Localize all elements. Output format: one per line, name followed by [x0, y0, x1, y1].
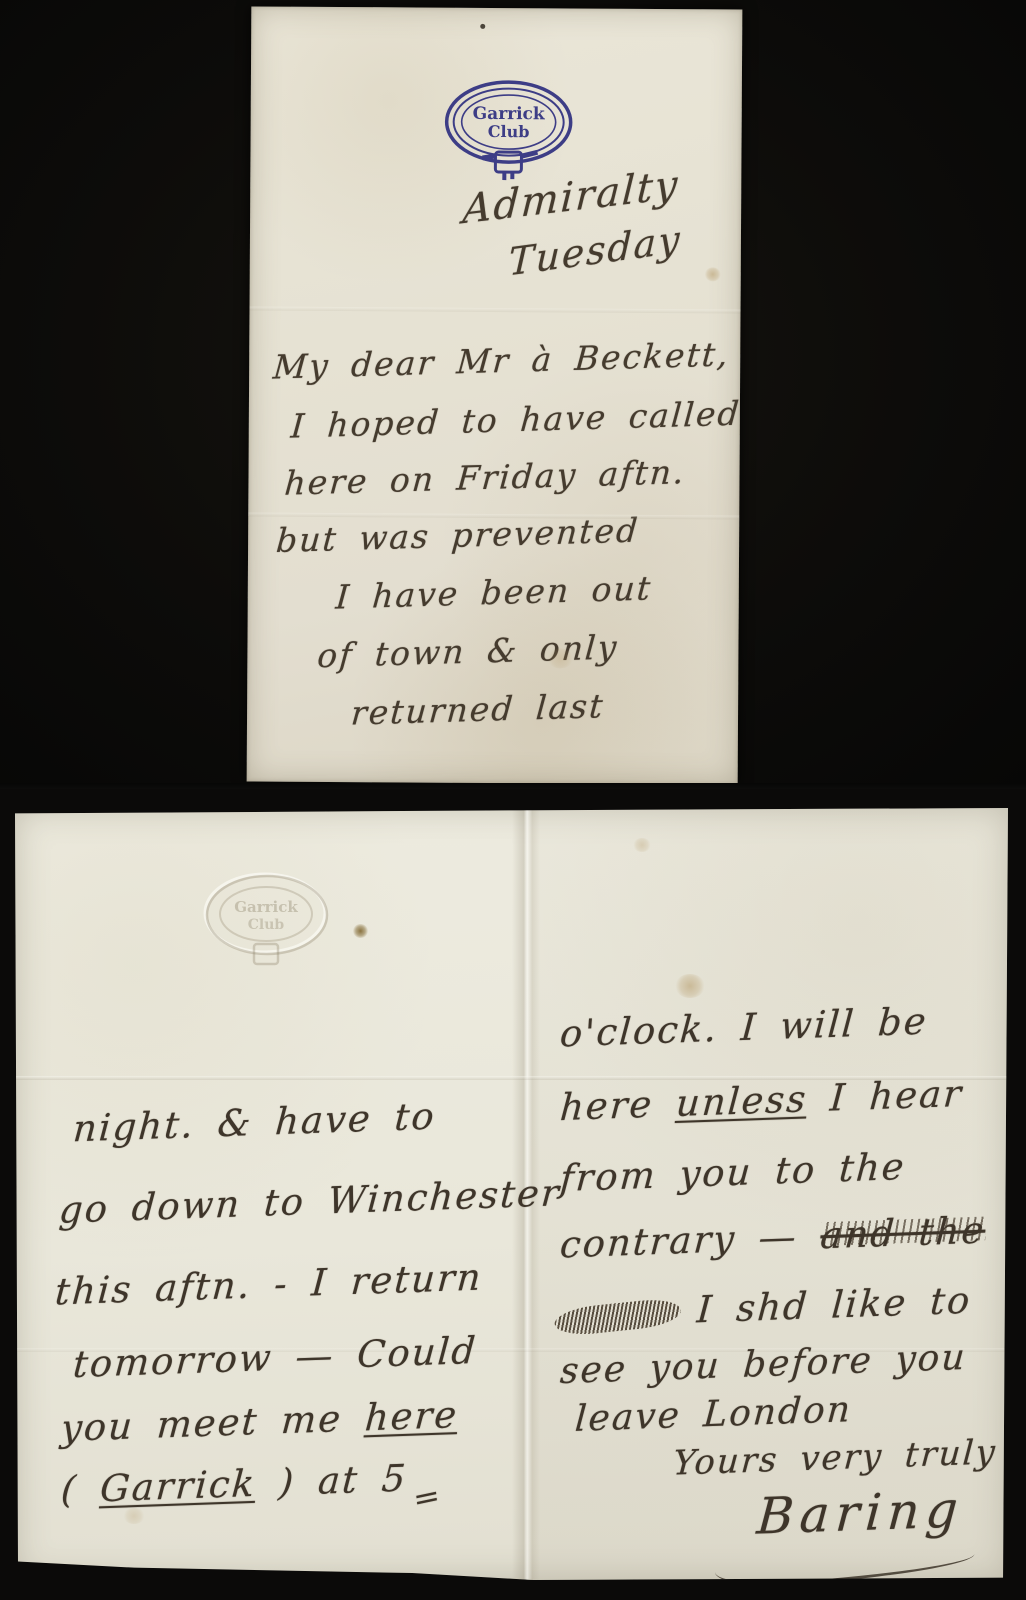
letter-line: ( Garrick ) at 5=	[60, 1455, 443, 1511]
line-text: (	[60, 1467, 102, 1511]
paper-stain	[705, 267, 721, 281]
line-text: here	[559, 1082, 678, 1129]
letter-line: here on Friday aftn.	[283, 452, 687, 503]
signature: Baring	[755, 1480, 966, 1545]
letter-photographs: Garrick Club Admiralty Tuesday My dear M…	[0, 0, 1026, 1600]
underlined-word: unless	[675, 1077, 809, 1125]
top-photo: Garrick Club Admiralty Tuesday My dear M…	[0, 0, 1026, 789]
letter-line: tomorrow — Could	[72, 1329, 479, 1386]
letter-line: you meet me here	[60, 1393, 460, 1450]
garrick-club-stamp: Garrick Club	[442, 78, 575, 183]
letter-line: I have been out	[334, 568, 653, 616]
letter-page-front: Garrick Club Admiralty Tuesday My dear M…	[247, 7, 743, 785]
letter-line: go down to Winchester	[58, 1171, 562, 1232]
equals-mark: =	[412, 1477, 442, 1518]
paper-stain	[633, 838, 651, 852]
line-text: contrary —	[559, 1214, 822, 1266]
line-text: ) at 5	[255, 1456, 409, 1504]
paper-stain	[123, 1508, 145, 1524]
line-text: I hear	[806, 1072, 965, 1121]
letter-line: night. & have to	[72, 1095, 438, 1151]
salutation-line: My dear Mr à Beckett,	[272, 334, 731, 386]
scribbled-out-word	[555, 1297, 681, 1338]
letter-line: this aftn. - I return	[54, 1255, 484, 1313]
fold-crease	[250, 307, 741, 314]
letter-spread: Garrick Club night. & have to go down to…	[15, 808, 1008, 1580]
paper-stain	[353, 924, 368, 938]
paper-stain	[547, 648, 573, 668]
bottom-photo: Garrick Club night. & have to go down to…	[0, 789, 1026, 1600]
struck-words: and the	[819, 1209, 987, 1258]
heading-day: Tuesday	[508, 217, 683, 285]
letter-line: I hoped to have called	[289, 394, 742, 446]
underlined-word: Garrick	[99, 1462, 258, 1511]
paper-speck	[480, 24, 485, 29]
letter-line: returned last	[350, 686, 606, 732]
letter-line: of town & only	[316, 627, 620, 675]
line-text: you meet me	[60, 1396, 367, 1450]
embossed-text-line2: Club	[248, 917, 285, 933]
paper-stain	[675, 974, 705, 998]
stamp-text-line2: Club	[488, 122, 530, 141]
embossed-text-line1: Garrick	[234, 898, 298, 916]
underlined-word: here	[363, 1393, 459, 1439]
embossed-garrick-stamp: Garrick Club	[200, 868, 332, 976]
